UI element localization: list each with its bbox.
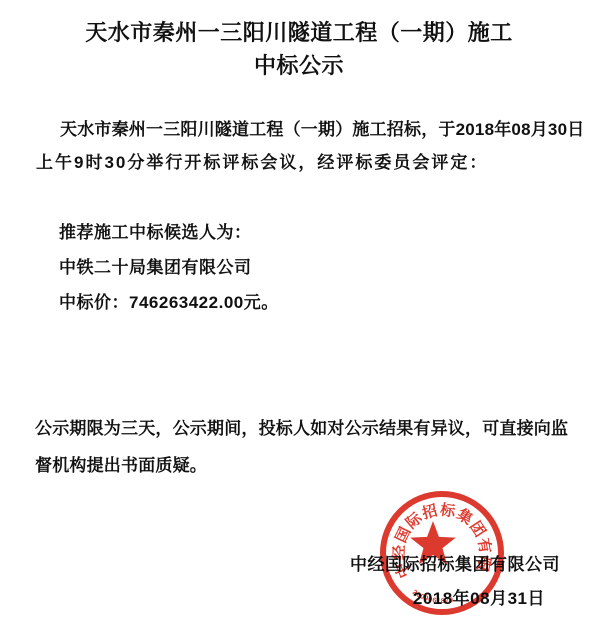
signature-company: 中经国际招标集团有限公司: [0, 550, 560, 575]
objection-notice: 公示期限为三天，公示期间，投标人如对公示结果有异议，可直接向监 督机构提出书面质…: [35, 410, 588, 484]
title-line-2: 中标公示: [0, 49, 598, 82]
intro-line-1: 天水市秦州一三阳川隧道工程（一期）施工招标，于2018年08月30日: [36, 113, 588, 146]
signature-date: 2018年08月31日: [0, 584, 545, 609]
recommendation-block: 推荐施工中标候选人为： 中铁二十局集团有限公司 中标价：746263422.00…: [59, 215, 588, 320]
notice-line-1: 公示期限为三天，公示期间，投标人如对公示结果有异议，可直接向监: [35, 410, 588, 447]
document-title: 天水市秦州一三阳川隧道工程（一期）施工 中标公示: [0, 16, 598, 82]
intro-paragraph: 天水市秦州一三阳川隧道工程（一期）施工招标，于2018年08月30日 上午9时3…: [36, 113, 588, 179]
bid-price: 中标价：746263422.00元。: [59, 285, 588, 320]
candidate-label: 推荐施工中标候选人为：: [59, 215, 588, 250]
winning-company: 中铁二十局集团有限公司: [59, 250, 588, 285]
intro-line-2: 上午9时30分举行开标评标会议，经评标委员会评定：: [36, 146, 588, 179]
title-line-1: 天水市秦州一三阳川隧道工程（一期）施工: [0, 16, 598, 49]
notice-line-2: 督机构提出书面质疑。: [35, 447, 588, 484]
announcement-document: 天水市秦州一三阳川隧道工程（一期）施工 中标公示 天水市秦州一三阳川隧道工程（一…: [0, 0, 598, 629]
